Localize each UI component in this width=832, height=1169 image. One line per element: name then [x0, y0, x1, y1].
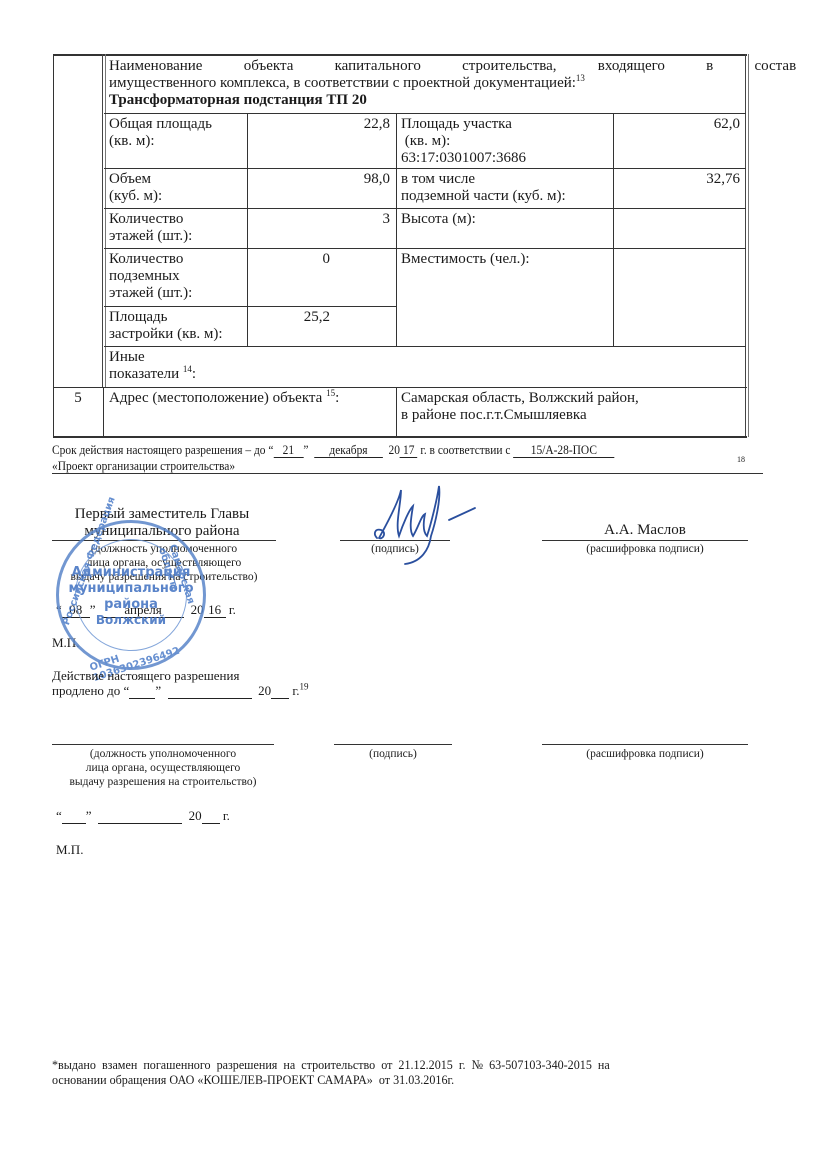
validity-section: Срок действия настоящего разрешения – до… — [52, 442, 772, 473]
handwritten-signature — [365, 480, 495, 570]
validity-month: декабря — [314, 442, 383, 458]
label-line: Площадь участка — [401, 116, 526, 133]
extension-seal-mark: М.П. — [56, 842, 83, 857]
footnote-14: 14 — [183, 364, 192, 374]
label-line: в том числе — [401, 171, 566, 188]
extension-signature-underline — [334, 744, 452, 745]
object-name-label: Наименование объекта капитального строит… — [109, 58, 741, 109]
validity-underline — [52, 473, 763, 474]
note-line: основании обращения ОАО «КОШЕЛЕВ-ПРОЕКТ … — [52, 1072, 722, 1087]
validity-prefix: Срок действия настоящего разрешения – до — [52, 442, 265, 457]
object-name-value: Трансформаторная подстанция ТП 20 — [109, 92, 741, 109]
label-line: Объем — [109, 171, 162, 188]
capacity-label: Вместимость (чел.): — [401, 251, 530, 268]
label-line: (кв. м): — [109, 133, 212, 150]
underground-floors-value: 0 — [250, 251, 330, 268]
note-line: *выдано взамен погашенного разрешения на… — [52, 1057, 722, 1072]
row-line — [104, 113, 746, 114]
object-name-label-line1: Наименование объекта капитального строит… — [109, 58, 796, 75]
table-border-bottom — [53, 436, 747, 438]
footnote-15: 15 — [326, 388, 335, 398]
table-border-left — [53, 54, 54, 437]
label-line: подземных — [109, 268, 192, 285]
extension-date: “ ” 20 г. — [56, 808, 230, 824]
underground-volume-value: 32,76 — [616, 171, 740, 188]
col-line — [247, 113, 248, 346]
footnote-19: 19 — [299, 682, 308, 692]
floors-label: Количество этажей (шт.): — [109, 211, 192, 245]
building-area-value: 25,2 — [250, 309, 330, 326]
plot-area-value: 62,0 — [616, 116, 740, 133]
footnote-13: 13 — [576, 73, 585, 83]
label-line: Количество — [109, 211, 192, 228]
col-line — [396, 387, 397, 436]
label-line: (куб. м): — [109, 188, 162, 205]
label-line: этажей (шт.): — [109, 228, 192, 245]
row-number: 5 — [54, 390, 102, 407]
extension-position-underline — [52, 744, 274, 745]
stamp-line: Волжский — [59, 613, 203, 627]
caption-line: (должность уполномоченного — [52, 747, 274, 761]
caption-line: лица органа, осуществляющего — [52, 761, 274, 775]
extension-prefix: продлено до — [52, 683, 120, 698]
address-label-text: Адрес (местоположение) объекта — [109, 390, 322, 406]
name-underline — [542, 540, 748, 541]
project-doc-name: «Проект организации строительства» — [52, 458, 686, 473]
validity-year-prefix: 20 — [389, 442, 400, 457]
volume-label: Объем (куб. м): — [109, 171, 162, 205]
row-line — [104, 346, 746, 347]
row-line — [104, 208, 746, 209]
validity-day: 21 — [273, 442, 303, 458]
cadastral-number: 63:17:0301007:3686 — [401, 150, 526, 167]
extension-section: Действие настоящего разрешения продлено … — [52, 668, 308, 699]
building-area-label: Площадь застройки (кв. м): — [109, 309, 223, 343]
total-area-value: 22,8 — [250, 116, 390, 133]
caption-line: выдачу разрешения на строительство) — [52, 775, 274, 789]
label-line: застройки (кв. м): — [109, 326, 223, 343]
extension-name-caption: (расшифровка подписи) — [542, 747, 748, 761]
table-border-top — [53, 54, 747, 56]
underground-floors-label: Количество подземных этажей (шт.): — [109, 251, 192, 302]
label-line: Общая площадь — [109, 116, 212, 133]
col-line — [613, 113, 614, 346]
other-indicators-label: Иные показатели 14: — [109, 349, 196, 383]
official-stamp: Администрация муниципального района Волж… — [56, 520, 206, 670]
table-border-right — [745, 54, 749, 437]
signing-year-unit: г. — [229, 602, 236, 617]
position-line: Первый заместитель Главы — [52, 506, 272, 523]
extension-date-year-unit: г. — [223, 808, 230, 823]
address-line: Самарская область, Волжский район, — [401, 390, 639, 407]
extension-position-caption: (должность уполномоченного лица органа, … — [52, 747, 274, 789]
label-line: подземной части (куб. м): — [401, 188, 566, 205]
extension-year-prefix: 20 — [258, 683, 271, 698]
plot-area-label: Площадь участка (кв. м): 63:17:0301007:3… — [401, 116, 526, 167]
project-doc-ref: 15/А-28-ПОС — [513, 442, 614, 458]
volume-value: 98,0 — [250, 171, 390, 188]
label-line: показатели — [109, 366, 179, 382]
label-line: Количество — [109, 251, 192, 268]
name-caption: (расшифровка подписи) — [542, 542, 748, 556]
col-line — [396, 113, 397, 346]
row-line — [53, 387, 747, 388]
extension-signature-caption: (подпись) — [334, 747, 452, 761]
validity-year-unit: г. в соответствии с — [420, 442, 510, 457]
row-line — [104, 248, 746, 249]
address-line: в районе пос.г.т.Смышляевка — [401, 407, 639, 424]
height-label: Высота (м): — [401, 211, 476, 228]
extension-name-underline — [542, 744, 748, 745]
label-line: этажей (шт.): — [109, 285, 192, 302]
signatory-name: А.А. Маслов — [542, 522, 748, 539]
row-line — [104, 168, 746, 169]
label-line: (кв. м): — [401, 133, 526, 150]
reissue-note: *выдано взамен погашенного разрешения на… — [52, 1057, 772, 1087]
extension-date-year-prefix: 20 — [189, 808, 202, 823]
address-value: Самарская область, Волжский район, в рай… — [401, 390, 639, 424]
table-inner-border-left — [102, 54, 106, 387]
label-line: Площадь — [109, 309, 223, 326]
object-name-label-line2: имущественного комплекса, в соответствии… — [109, 75, 576, 91]
underground-volume-label: в том числе подземной части (куб. м): — [401, 171, 566, 205]
validity-year: 17 — [400, 442, 418, 458]
signing-year: 16 — [204, 602, 226, 618]
floors-value: 3 — [250, 211, 390, 228]
extension-label: Действие настоящего разрешения — [52, 668, 308, 683]
row-line — [104, 306, 397, 307]
table-col-divider — [103, 387, 104, 437]
footnote-18: 18 — [737, 455, 745, 464]
address-label: Адрес (местоположение) объекта 15: — [109, 390, 339, 407]
total-area-label: Общая площадь (кв. м): — [109, 116, 212, 150]
